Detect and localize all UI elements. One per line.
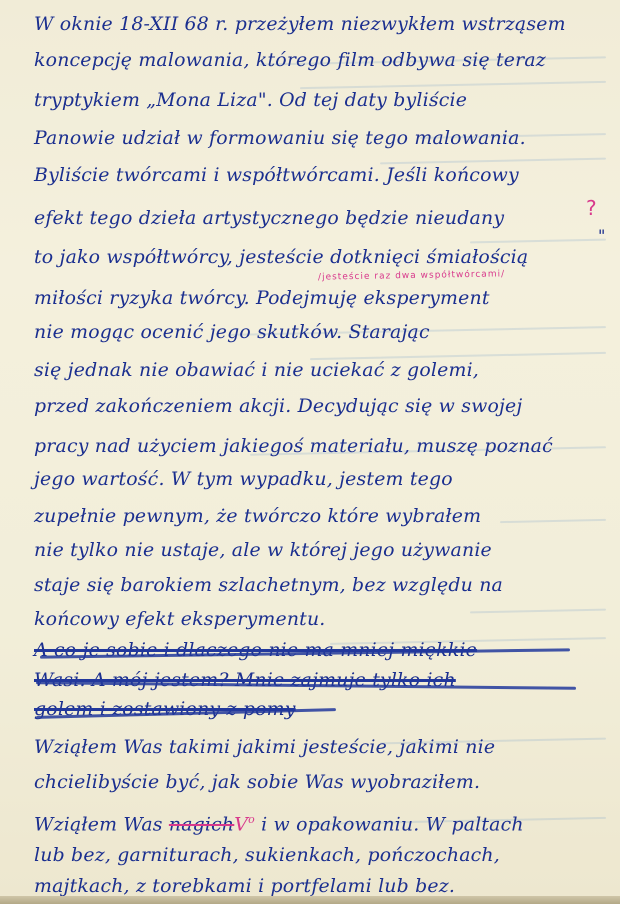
letter-line-8: miłości ryzyka twórcy. Podejmuję ekspery…	[34, 286, 602, 310]
letter-line-4: Panowie udział w formowaniu się tego mal…	[34, 126, 602, 150]
annotation-quote-close: "	[598, 226, 605, 245]
letter-line-16: staje się barokiem szlachetnym, bez wzgl…	[34, 573, 602, 597]
letter-line-2: koncepcję malowania, którego film odbywa…	[34, 48, 602, 72]
letter-line-5: Byliście twórcami i współtwórcami. Jeśli…	[34, 163, 602, 187]
closing-line-1: Wziąłem Was takimi jakimi jesteście, jak…	[34, 735, 602, 759]
insertion-mark: V	[234, 813, 248, 835]
letter-line-1: W oknie 18-XII 68 r. przeżyłem niezwykłe…	[34, 12, 602, 36]
letter-line-13: jego wartość. W tym wypadku, jestem tego	[34, 467, 602, 491]
annotation-question-mark: ?	[586, 196, 597, 220]
closing-line-3: Wziąłem Was nagichVo i w opakowaniu. W p…	[34, 808, 602, 836]
letter-line-6: efekt tego dzieła artystycznego będzie n…	[34, 206, 602, 230]
page-bottom-edge	[0, 896, 620, 904]
letter-line-17: końcowy efekt eksperymentu.	[34, 607, 602, 631]
letter-line-9: nie mogąc ocenić jego skutków. Starając	[34, 320, 602, 344]
closing-line-4: lub bez, garniturach, sukienkach, pończo…	[34, 843, 602, 867]
letter-line-10: się jednak nie obawiać i nie uciekać z g…	[34, 358, 602, 382]
closing-line-2: chcielibyście być, jak sobie Was wyobraz…	[34, 770, 602, 794]
letter-line-11: przed zakończeniem akcji. Decydując się …	[34, 394, 602, 418]
letter-line-7: to jako współtwórcy, jesteście dotknięci…	[34, 245, 602, 269]
letter-line-15: nie tylko nie ustaje, ale w której jego …	[34, 538, 602, 562]
closing-line-5: majtkach, z torebkami i portfelami lub b…	[34, 874, 602, 896]
letter-line-12: pracy nad użyciem jakiegoś materiału, mu…	[34, 434, 602, 458]
letter-line-14: zupełnie pewnym, że twórczo które wybrał…	[34, 504, 602, 528]
letter-line-3: tryptykiem „Mona Liza". Od tej daty byli…	[34, 88, 602, 112]
letter-page: W oknie 18-XII 68 r. przeżyłem niezwykłe…	[0, 0, 620, 896]
margin-note-red: /jesteście raz dwa współtwórcami/	[318, 269, 505, 282]
struck-word: nagich	[169, 813, 234, 835]
